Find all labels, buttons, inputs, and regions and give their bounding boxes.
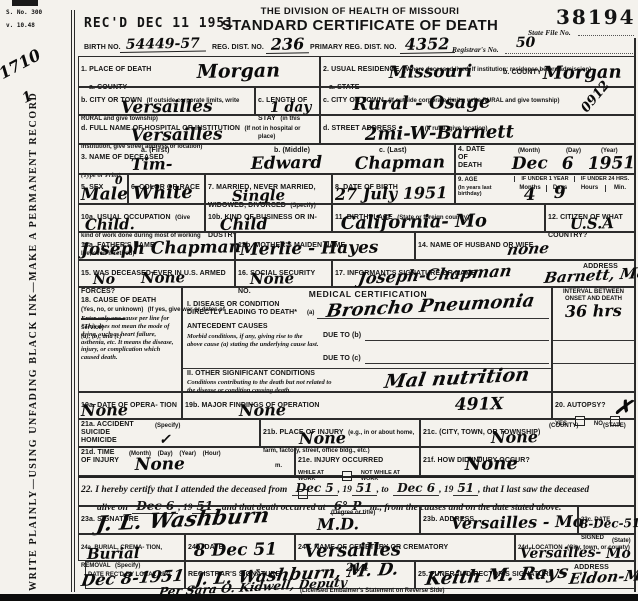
field-date-of-operation: 19a. DATE OF OPERA- TION None <box>78 392 182 419</box>
field-length-of-stay: c. LENGTH OF STAY (in this place) 1 day <box>255 87 320 115</box>
residence-state-value: Missouri <box>389 64 473 82</box>
dod-year-value: 1951 <box>588 155 636 173</box>
field-street-address: d. STREET ADDRESS (If rural, give locati… <box>320 115 635 144</box>
field-cause-of-death-heading: 18. CAUSE OF DEATH Enter only one cause … <box>78 287 182 392</box>
age-months-value: 4 <box>524 187 536 204</box>
cemetery-value: Versailles <box>304 541 401 561</box>
birthplace-value: California- Mo <box>341 212 487 233</box>
due-to-b-label: DUE TO (b) <box>323 332 361 340</box>
residence-county-label: b. COUNTY <box>503 69 542 77</box>
other-conditions-value: Mal nutrition <box>383 366 531 392</box>
injury-location-county-label: (COUNTY) <box>549 423 578 430</box>
cemetery-location-state-note: (State) <box>612 538 631 545</box>
field-industry: 10b. KIND OF BUSINESS OR IN- DUSTRY Chil… <box>205 204 332 232</box>
race-value: White <box>133 184 193 203</box>
dod-day-value: 6 <box>562 156 574 173</box>
autopsy-no-mark: ✗ <box>613 395 633 418</box>
field-cemetery: 24c. NAME OF CEMETERY OR CREMATORY Versa… <box>295 534 515 561</box>
form-number: S. No. 300 <box>6 10 42 17</box>
dob-value: 27 July 1951 <box>335 185 448 203</box>
certify-text-3: , to <box>377 485 389 495</box>
field-time-of-injury: 21d. TIME OF INJURY (Month) (Day) (Year)… <box>78 447 295 476</box>
burial-date-value: 8 Dec 51 <box>194 542 278 560</box>
field-major-findings: 19b. MAJOR FINDINGS OF OPERATION None 49… <box>182 392 552 419</box>
field-usual-occupation: 10a. USUAL OCCUPATION (Give kind of work… <box>78 204 205 232</box>
injury-how-value: None <box>465 455 518 474</box>
field-informant: 17. INFORMANT'S SIGNATURE OR NAME ADDRES… <box>332 260 635 287</box>
injury-time-label: 21d. TIME OF INJURY <box>81 449 125 465</box>
cemetery-location-state-value: Mo <box>606 547 631 561</box>
field-accident-suicide-homicide: 21a. ACCIDENT SUICIDE HOMICIDE (Specify)… <box>78 419 260 447</box>
field-funeral-director: 25. FUNERAL DIRECTOR'S SIGNATURE ADDRESS… <box>415 561 635 589</box>
field-date-of-birth: 8. DATE OF BIRTH 27 July 1951 <box>332 174 455 204</box>
field-physician-signature: 23a. SIGNATURE J. L. Washburn (Degree or… <box>78 506 420 534</box>
certify-text-4: , 19 <box>439 485 453 495</box>
hospital-name-value: Versailles <box>131 126 223 145</box>
injury-location-value: None <box>491 429 538 446</box>
age-days-value: 9 <box>554 185 566 202</box>
county-value: Morgan <box>197 62 280 82</box>
certify-text-1: 22. I hereby certify that I attended the… <box>81 485 287 495</box>
field-injury-location: 21c. (CITY, TOWN, OR TOWNSHIP) (COUNTY) … <box>420 419 635 447</box>
date-of-death-label: 4. DATE OF DEATH <box>458 146 490 170</box>
other-conditions-label: II. OTHER SIGNIFICANT CONDITIONS <box>187 370 315 378</box>
margin-instruction-text: WRITE PLAINLY—USING UNFADING BLACK INK—M… <box>28 86 39 591</box>
cause-side-note: *This does not mean the mode of dying, s… <box>81 323 177 362</box>
interval-value: 36 hrs <box>565 303 622 320</box>
armed-forces-service-value: None <box>141 270 185 286</box>
antecedent-note: Morbid conditions, if any, giving rise t… <box>187 333 319 349</box>
cause-divider-rule <box>81 318 125 320</box>
cemetery-location-value: Versailles- <box>520 546 602 561</box>
certify-text-5: , that I last saw the deceased <box>478 485 589 495</box>
scan-artifact-top <box>12 0 38 6</box>
marital-value: Single <box>232 188 285 204</box>
funeral-director-value: Keith M. Rays <box>424 564 570 589</box>
registrar-no-label: Registrar's No. <box>452 45 499 54</box>
field-date-signed: 23c. DATE SIGNED 8-Dec-51 <box>578 506 635 534</box>
dod-month-value: Dec <box>512 155 548 173</box>
field-birthplace: 11. BIRTHPLACE (State or foreign country… <box>332 204 545 232</box>
mother-value: Merlie - Hayes <box>240 240 379 259</box>
due-to-c-label: DUE TO (c) <box>323 355 361 363</box>
age-note: (In years last birthday) <box>458 185 512 197</box>
citizen-value: U.S.A <box>570 216 614 232</box>
residence-county-value: Morgan <box>543 64 622 83</box>
field-injury-occurred: 21e. INJURY OCCURRED WHILE AT WORK NOT W… <box>295 447 420 476</box>
age-under24-header: IF UNDER 24 HRS. <box>574 176 635 182</box>
interval-line-c <box>553 363 634 364</box>
certify-to-year: 51 <box>453 481 478 496</box>
sex-value: Male <box>81 186 128 204</box>
injury-time-value: None <box>135 456 185 474</box>
scan-artifact-bottom-bar <box>0 594 638 601</box>
margin-handwritten-number: 1710 <box>0 47 43 82</box>
disease-line <box>317 318 549 319</box>
informant-value: Joseph-Chapman <box>357 263 513 287</box>
field-place-of-injury: 21b. PLACE OF INJURY (e.g., in or about … <box>260 419 420 447</box>
ssn-value: None <box>250 271 294 287</box>
primary-reg-dist-value: 4352 <box>400 36 455 54</box>
field-age: 9. AGE (In years last birthday) IF UNDER… <box>455 174 635 204</box>
first-name-value: Tim- <box>131 156 173 173</box>
major-findings-value: None <box>239 402 286 419</box>
residence-city-value: Rural - Osage <box>353 94 491 114</box>
accident-label: 21a. ACCIDENT SUICIDE HOMICIDE <box>81 421 143 445</box>
field-citizen: 12. CITIZEN OF WHAT COUNTRY? U.S.A <box>545 204 635 232</box>
age-min-label: Min. <box>605 185 634 192</box>
field-sex: 5. SEX 0 Male <box>78 174 128 204</box>
industry-value: Child <box>220 216 268 233</box>
field-place-of-death: 1. PLACE OF DEATH a. COUNTY Morgan <box>78 56 320 87</box>
certify-from-date: Dec 5 <box>292 481 338 496</box>
last-name-value: Chapman <box>355 154 445 173</box>
field-marital-status: 7. MARRIED, NEVER MARRIED, WIDOWED, DIVO… <box>205 174 332 204</box>
field-husband-or-wife: 14. NAME OF HUSBAND OR WIFE none <box>415 232 635 260</box>
date-signed-value: 8-Dec-51 <box>580 517 638 530</box>
due-to-b-line <box>365 340 549 341</box>
signature-value: J. L. Washburn <box>95 504 271 534</box>
form-left-double-rule <box>71 10 75 592</box>
field-burial-date: 24b. DATE 8 Dec 51 <box>185 534 295 561</box>
field-interval-onset-death: INTERVAL BETWEEN ONSET AND DEATH 36 hrs <box>552 287 635 392</box>
reg-dist-label: REG. DIST. NO. <box>212 44 264 52</box>
age-hours-label: Hours <box>576 185 603 192</box>
field-cemetery-location: 24d. LOCATION (City, town, or county) (S… <box>515 534 635 561</box>
birth-no-label: BIRTH NO. <box>84 44 121 52</box>
field-father-name: 13a. FATHER'S NAME Joseph Chapman <box>78 232 235 260</box>
certify-to-date: Dec 6 <box>393 481 439 496</box>
funeral-address-value: Eldon-Mo <box>568 568 638 587</box>
accident-check-mark: ✓ <box>159 433 171 447</box>
certify-text-2: , 19 <box>338 485 352 495</box>
field-physician-address: 23b. ADDRESS Versailles - Mo <box>420 506 578 534</box>
field-name-of-deceased: 3. NAME OF DECEASED (Type or Print) a. (… <box>78 144 455 174</box>
major-findings-code: 491X <box>455 396 504 414</box>
injury-place-value: None <box>299 430 346 447</box>
place-of-death-label: 1. PLACE OF DEATH <box>81 66 151 73</box>
cause-label: 18. CAUSE OF DEATH <box>81 297 156 304</box>
birth-no-value: 54449-57 <box>120 37 206 53</box>
primary-reg-dist-label: PRIMARY REG. DIST. NO. <box>310 44 397 52</box>
field-social-security: 16. SOCIAL SECURITY NO. None <box>235 260 332 287</box>
middle-name-value: Edward <box>251 155 323 173</box>
age-under1-header: IF UNDER 1 YEAR <box>514 176 575 182</box>
age-label: 9. AGE <box>458 177 512 184</box>
field-residence-city: c. CITY OR TOWN (If outside corporate li… <box>320 87 635 115</box>
field-usual-residence: 2. USUAL RESIDENCE (Where deceased lived… <box>320 56 635 87</box>
registrar-no-line <box>505 44 633 54</box>
state-file-line <box>578 26 634 36</box>
field-color-or-race: 6. COLOR OR RACE White <box>128 174 205 204</box>
occupation-value: Child. <box>85 217 135 233</box>
field-autopsy: 20. AUTOPSY? YES NO ✗ <box>552 392 635 419</box>
disease-label: I. DISEASE OR CONDITION DIRECTLY LEADING… <box>187 301 305 317</box>
accident-specify-note: (Specify) <box>155 423 180 430</box>
interval-line-b <box>553 340 634 341</box>
field-city-of-death: b. CITY OR TOWN (If outside corporate li… <box>78 87 255 115</box>
embalmer-statement-note: (Licensed Embalmer's Statement on Revers… <box>300 588 444 595</box>
field-burial: 24a. BURIAL, CREMA- TION, REMOVAL (Speci… <box>78 534 185 561</box>
disease-a-label: (a) <box>307 310 314 317</box>
informant-address-value: Barnett, Mo <box>543 266 638 286</box>
field-date-of-death: 4. DATE OF DEATH (Month) (Day) (Year) De… <box>455 144 635 174</box>
street-address-value: 2mi-W-Barnett <box>365 123 514 144</box>
armed-forces-value: No <box>93 273 115 287</box>
degree-value: M.D. <box>317 516 359 533</box>
spouse-value: none <box>506 241 550 258</box>
father-value: Joseph Chapman <box>81 239 241 259</box>
injury-time-suffix: m. <box>275 463 282 470</box>
field-armed-forces: 15. WAS DECEASED EVER IN U.S. ARMED FORC… <box>78 260 235 287</box>
physician-address-value: Versailles - Mo <box>451 514 584 532</box>
reg-dist-value: 236 <box>266 36 310 54</box>
length-of-stay-value: 1 day <box>270 100 312 115</box>
burial-value: Burial <box>87 546 140 562</box>
revision-number: v. 10.48 <box>6 23 35 30</box>
injury-location-state-label: (STATE) <box>603 423 626 430</box>
section-medical-certification: MEDICAL CERTIFICATION I. DISEASE OR COND… <box>182 287 552 392</box>
field-mother-maiden-name: 13b. MOTHER'S MAIDEN NAME Merlie - Hayes <box>235 232 415 260</box>
field-certification-statement: 22. I hereby certify that I attended the… <box>78 476 635 506</box>
injury-occurred-label: 21e. INJURY OCCURRED <box>298 457 383 464</box>
division-heading: THE DIVISION OF HEALTH OF MISSOURI <box>200 6 520 17</box>
certify-from-year: 51 <box>352 481 377 496</box>
field-how-injury-occurred: 21f. HOW DID INJURY OCCUR? None <box>420 447 635 476</box>
antecedent-label: ANTECEDENT CAUSES <box>187 323 268 331</box>
death-certificate-scan: S. No. 300 v. 10.48 1710 1 WRITE PLAINLY… <box>0 0 638 601</box>
autopsy-label: 20. AUTOPSY? <box>555 402 606 409</box>
field-hospital-name: d. FULL NAME OF HOSPITAL OR INSTITUTION … <box>78 115 320 144</box>
operation-date-value: None <box>81 402 128 419</box>
certificate-title: STANDARD CERTIFICATE OF DEATH <box>190 17 530 34</box>
